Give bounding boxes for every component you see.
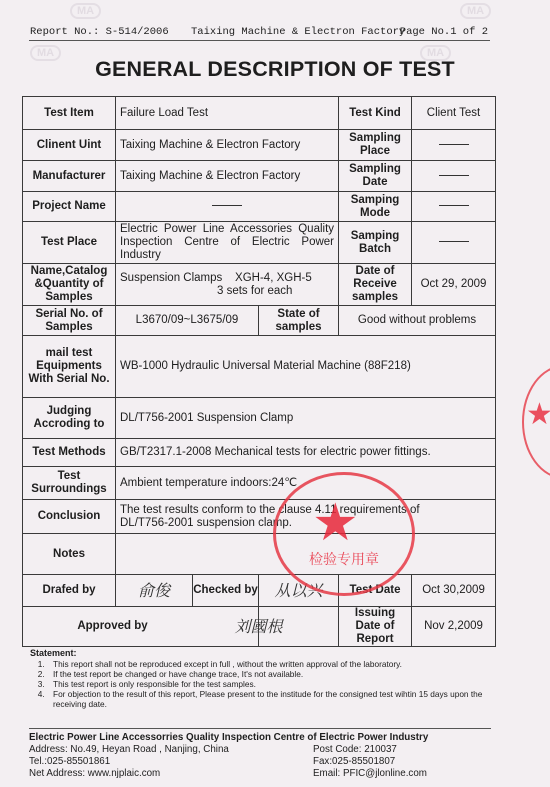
statement-item: This test report is only responsible for… — [47, 679, 500, 689]
samping-batch-label: Samping Batch — [339, 222, 412, 264]
surroundings-value: Ambient temperature indoors:24℃ — [116, 467, 496, 500]
empty-dash — [439, 144, 469, 145]
footer-org: Electric Power Line Accessorries Quality… — [29, 732, 491, 744]
table-row: mail test Equipments With Serial No. WB-… — [23, 336, 496, 398]
empty-dash — [212, 205, 242, 206]
approved-label-text: Approved by — [77, 620, 147, 632]
manufacturer-label: Manufacturer — [23, 161, 116, 192]
issuing-date-label: Issuing Date of Report — [339, 607, 412, 647]
methods-value: GB/T2317.1-2008 Mechanical tests for ele… — [116, 439, 496, 467]
footer-fax: Fax:025-85501807 — [313, 756, 395, 768]
footer-row: Address: No.49, Heyan Road , Nanjing, Ch… — [29, 744, 491, 756]
samples-label: Name,Catalog &Quantity of Samples — [23, 264, 116, 306]
conclusion-label: Conclusion — [23, 500, 116, 534]
test-place-value: Electric Power Line Accessories Quality … — [116, 222, 339, 264]
notes-value — [116, 534, 496, 575]
header-company: Taixing Machine & Electron Factory — [191, 26, 405, 38]
conclusion-text: The test results conform to the clause 4… — [120, 504, 450, 530]
table-row: Serial No. of Samples L3670/09~L3675/09 … — [23, 306, 496, 336]
statement-heading: Statement: — [30, 648, 500, 658]
samping-mode-value — [412, 192, 496, 222]
empty-dash — [439, 205, 469, 206]
empty-dash — [439, 241, 469, 242]
footer-post-code: Post Code: 210037 — [313, 744, 397, 756]
judging-label: Judging Accroding to — [23, 398, 116, 439]
project-name-label: Project Name — [23, 192, 116, 222]
drafted-signature-text: 俞俊 — [116, 575, 193, 606]
drafted-signature: 俞俊 Checked by — [116, 575, 259, 607]
equipment-value: WB-1000 Hydraulic Universal Material Mac… — [116, 336, 496, 398]
sampling-date-label: Sampling Date — [339, 161, 412, 192]
test-place-label: Test Place — [23, 222, 116, 264]
statement-item: For objection to the result of this repo… — [47, 689, 500, 709]
sampling-date-value — [412, 161, 496, 192]
page-number: Page No.1 of 2 — [400, 26, 488, 38]
surroundings-label: Test Surroundings — [23, 467, 116, 500]
serial-no-value: L3670/09~L3675/09 — [116, 306, 259, 336]
test-kind-label: Test Kind — [339, 97, 412, 130]
report-number: Report No.: S-514/2006 — [30, 26, 169, 38]
checked-label: Checked by — [193, 575, 258, 606]
project-name-value — [116, 192, 339, 222]
footer-row: Net Address: www.njplaic.com Email: PFIC… — [29, 768, 491, 780]
star-icon: ★ — [526, 397, 550, 432]
state-value: Good without problems — [339, 306, 496, 336]
table-row: Test Place Electric Power Line Accessori… — [23, 222, 496, 264]
conclusion-value: The test results conform to the clause 4… — [116, 500, 496, 534]
notes-label: Notes — [23, 534, 116, 575]
page-header: Report No.: S-514/2006 Taixing Machine &… — [29, 25, 490, 41]
client-unit-value: Taixing Machine & Electron Factory — [116, 130, 339, 161]
serial-no-label: Serial No. of Samples — [23, 306, 116, 336]
table-row: Project Name Samping Mode — [23, 192, 496, 222]
table-row: Drafed by 俞俊 Checked by 从以兴 Test Date Oc… — [23, 575, 496, 607]
table-row: Clinent Uint Taixing Machine & Electron … — [23, 130, 496, 161]
page-footer: Electric Power Line Accessorries Quality… — [29, 728, 491, 780]
methods-label: Test Methods — [23, 439, 116, 467]
statement-item: This report shall not be reproduced exce… — [47, 659, 500, 669]
client-unit-label: Clinent Uint — [23, 130, 116, 161]
table-row: Conclusion The test results conform to t… — [23, 500, 496, 534]
drafted-label: Drafed by — [23, 575, 116, 607]
footer-tel: Tel.:025-85501861 — [29, 756, 313, 768]
receive-date-label: Date of Receive samples — [339, 264, 412, 306]
footer-address: Address: No.49, Heyan Road , Nanjing, Ch… — [29, 744, 313, 756]
samples-line-2: 3 sets for each — [120, 285, 334, 298]
samping-mode-label: Samping Mode — [339, 192, 412, 222]
footer-net-address[interactable]: Net Address: www.njplaic.com — [29, 768, 313, 780]
page-title: GENERAL DESCRIPTION OF TEST — [0, 57, 550, 82]
manufacturer-value: Taixing Machine & Electron Factory — [116, 161, 339, 192]
checked-signature: 从以兴 — [259, 575, 339, 607]
table-row: Judging Accroding to DL/T756-2001 Suspen… — [23, 398, 496, 439]
test-item-value: Failure Load Test — [116, 97, 339, 130]
footer-email[interactable]: Email: PFIC@jlonline.com — [313, 768, 427, 780]
watermark-ma: MA — [460, 3, 491, 19]
approved-signature: 刘國根 — [219, 607, 299, 647]
table-row: Test Surroundings Ambient temperature in… — [23, 467, 496, 500]
judging-value: DL/T756-2001 Suspension Clamp — [116, 398, 496, 439]
statement-list: This report shall not be reproduced exce… — [30, 659, 500, 709]
empty-dash — [439, 175, 469, 176]
footer-row: Tel.:025-85501861 Fax:025-85501807 — [29, 756, 491, 768]
table-row: Approved by 刘國根 Issuing Date of Report N… — [23, 607, 496, 647]
samping-batch-value — [412, 222, 496, 264]
test-item-label: Test Item — [23, 97, 116, 130]
sampling-place-label: Sampling Place — [339, 130, 412, 161]
table-row: Name,Catalog &Quantity of Samples Suspen… — [23, 264, 496, 306]
table-row: Manufacturer Taixing Machine & Electron … — [23, 161, 496, 192]
test-kind-value: Client Test — [412, 97, 496, 130]
statement-section: Statement: This report shall not be repr… — [30, 648, 500, 709]
test-description-table: Test Item Failure Load Test Test Kind Cl… — [22, 96, 496, 647]
test-date-label: Test Date — [339, 575, 412, 607]
sampling-place-value — [412, 130, 496, 161]
samples-value: Suspension Clamps XGH-4, XGH-5 3 sets fo… — [116, 264, 339, 306]
watermark-ma: MA — [70, 3, 101, 19]
issuing-date-value: Nov 2,2009 — [412, 607, 496, 647]
equipment-label: mail test Equipments With Serial No. — [23, 336, 116, 398]
state-label: State of samples — [259, 306, 339, 336]
samples-line-1: Suspension Clamps XGH-4, XGH-5 — [120, 272, 334, 285]
test-date-value: Oct 30,2009 — [412, 575, 496, 607]
statement-item: If the test report be changed or have ch… — [47, 669, 500, 679]
table-row: Test Item Failure Load Test Test Kind Cl… — [23, 97, 496, 130]
receive-date-value: Oct 29, 2009 — [412, 264, 496, 306]
partial-seal-stamp: ★ — [522, 365, 550, 479]
table-row: Test Methods GB/T2317.1-2008 Mechanical … — [23, 439, 496, 467]
table-row: Notes — [23, 534, 496, 575]
